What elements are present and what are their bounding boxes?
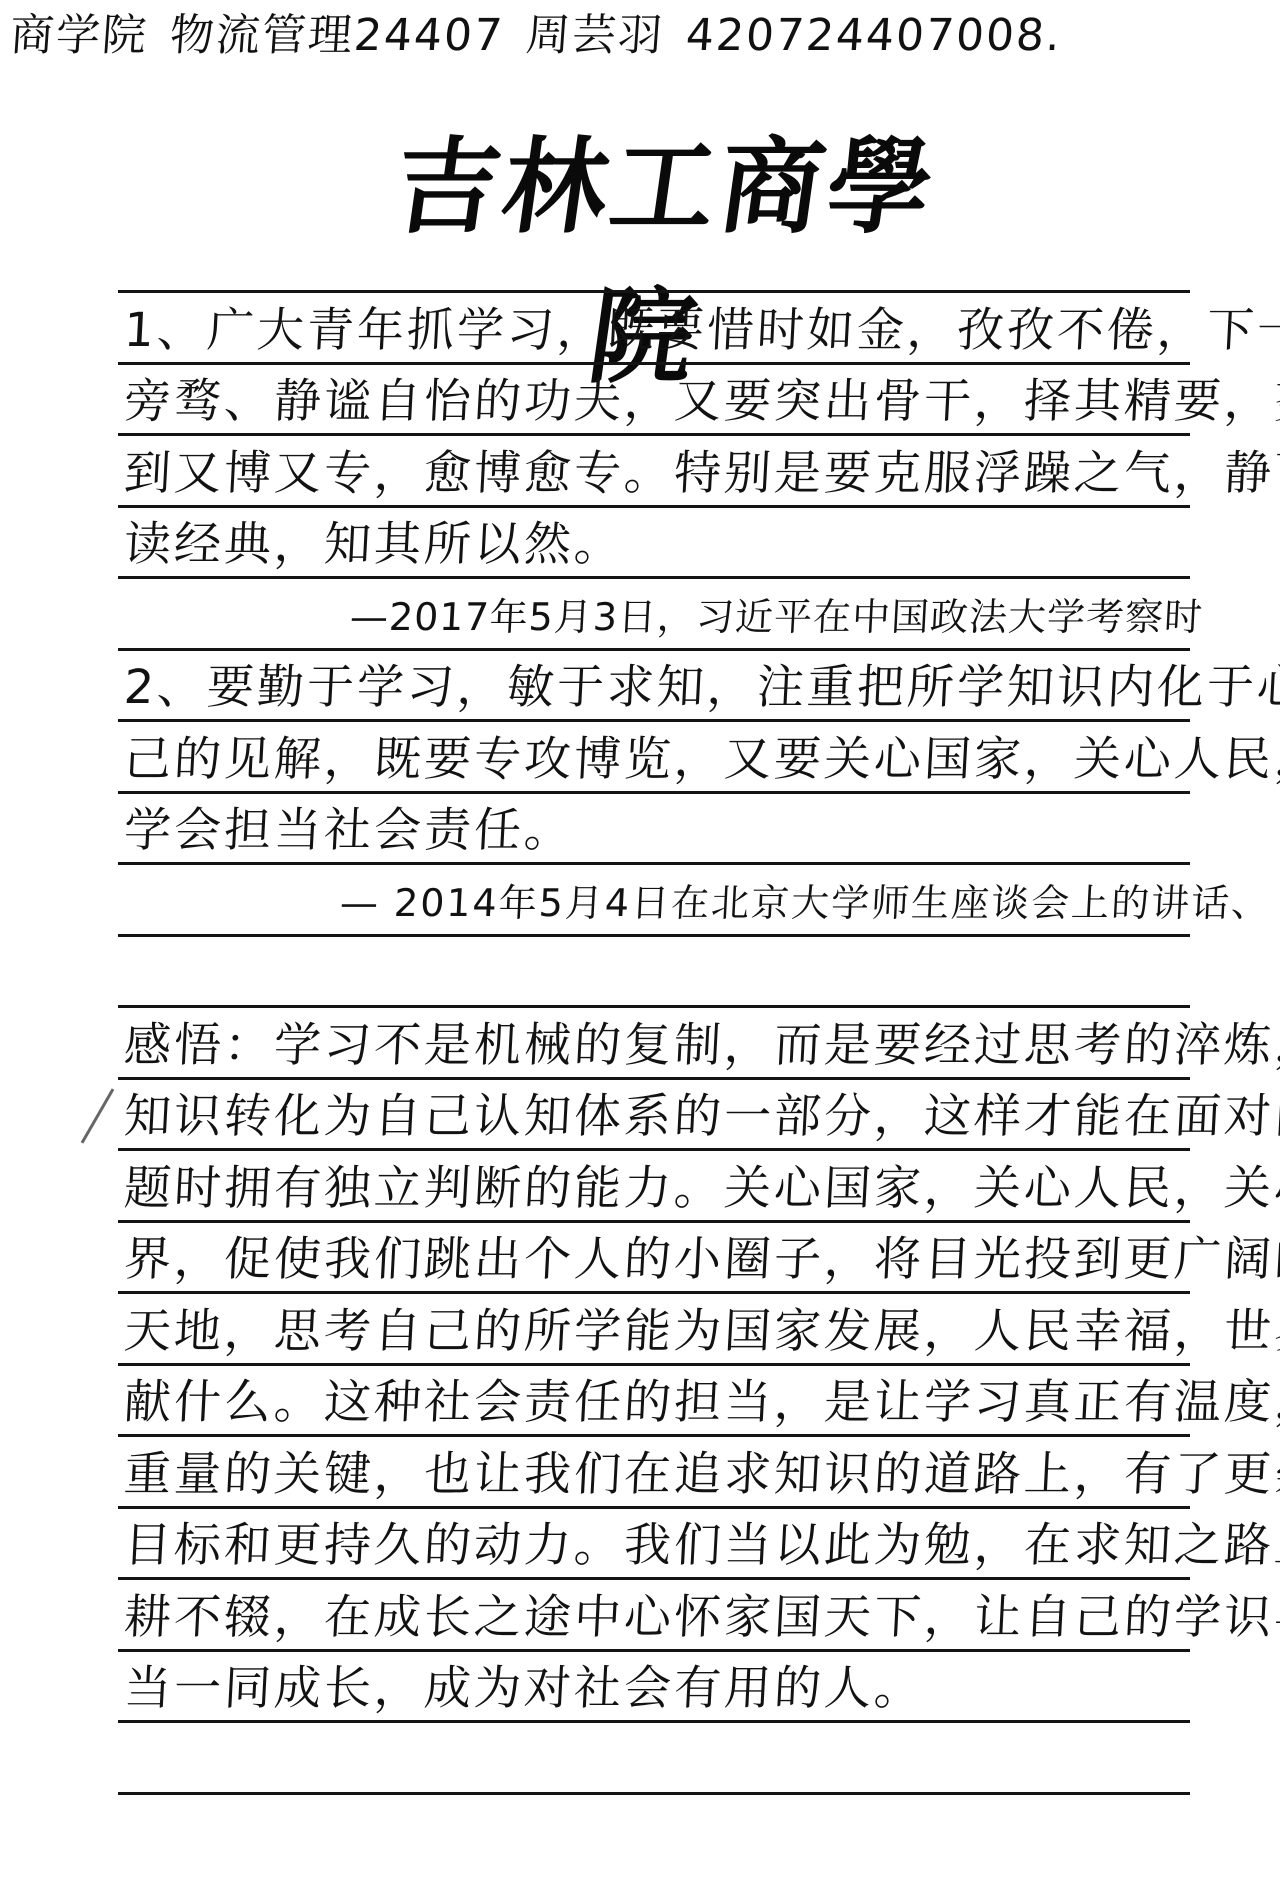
reflection-line: 界，促使我们跳出个人的小圈子，将目光投到更广阔的 xyxy=(122,1229,1191,1291)
ruled-line xyxy=(118,1792,1190,1795)
ruled-line xyxy=(118,1077,1190,1080)
lined-paper: 1、广大青年抓学习，既要惜时如金，孜孜不倦，下一番心无旁骛、静谧自怡的功夫，又要… xyxy=(118,0,1190,1884)
quote-line: 到又博又专，愈博愈专。特别是要克服浮躁之气，静下来多 xyxy=(122,443,1191,505)
ruled-line xyxy=(118,1649,1190,1652)
ruled-line xyxy=(118,1363,1190,1366)
quote-line xyxy=(122,943,1191,1005)
reflection-line: 目标和更持久的动力。我们当以此为勉，在求知之路上勤 xyxy=(122,1515,1191,1577)
ruled-line xyxy=(118,505,1190,508)
ruled-line xyxy=(118,934,1190,937)
reflection-line: 重量的关键，也让我们在追求知识的道路上，有了更崇高的 xyxy=(122,1444,1191,1506)
ruled-line xyxy=(118,1577,1190,1580)
quote-line: 读经典，知其所以然。 xyxy=(122,514,1191,576)
reflection-line: 题时拥有独立判断的能力。关心国家，关心人民，关心世 xyxy=(122,1158,1191,1220)
ruled-line xyxy=(118,648,1190,651)
ruled-line xyxy=(118,362,1190,365)
ruled-line xyxy=(118,719,1190,722)
ruled-line xyxy=(118,791,1190,794)
reflection-line: 天地，思考自己的所学能为国家发展，人民幸福，世界进步贡 xyxy=(122,1301,1191,1363)
quote-attribution: — 2014年5月4日在北京大学师生座谈会上的讲话、 xyxy=(338,872,1280,934)
quote-line: 旁骛、静谧自怡的功夫，又要突出骨干，择其精要，努力做 xyxy=(122,371,1191,433)
ruled-line xyxy=(118,1434,1190,1437)
quote-line: 学会担当社会责任。 xyxy=(122,800,1191,862)
ruled-line xyxy=(118,862,1190,865)
reflection-line xyxy=(122,1730,1191,1792)
quote-attribution: —2017年5月3日，习近平在中国政法大学考察时 xyxy=(348,586,1280,648)
ruled-line xyxy=(118,1220,1190,1223)
reflection-line: 献什么。这种社会责任的担当，是让学习真正有温度，有 xyxy=(122,1372,1191,1434)
reflection-line: 感悟：学习不是机械的复制，而是要经过思考的淬炼，将 xyxy=(122,1015,1191,1077)
ruled-line xyxy=(118,1148,1190,1151)
reflection-line: 知识转化为自己认知体系的一部分，这样才能在面对问 xyxy=(122,1086,1191,1148)
ruled-line xyxy=(118,1005,1190,1008)
ruled-line xyxy=(118,1506,1190,1509)
reflection-line: 耕不辍，在成长之途中心怀家国天下，让自己的学识与担 xyxy=(122,1587,1191,1649)
quote-line: 2、要勤于学习，敏于求知，注重把所学知识内化于心，形成自 xyxy=(122,657,1191,719)
quote-line xyxy=(122,228,1191,290)
ruled-line xyxy=(118,576,1190,579)
ruled-line xyxy=(118,1720,1190,1723)
quote-line: 1、广大青年抓学习，既要惜时如金，孜孜不倦，下一番心无 xyxy=(122,300,1191,362)
ruled-line xyxy=(118,290,1190,293)
stray-pen-mark xyxy=(81,1088,115,1143)
ruled-line xyxy=(118,1291,1190,1294)
quote-line: 己的见解，既要专攻博览，又要关心国家，关心人民，关心世界， xyxy=(122,729,1191,791)
reflection-line: 当一同成长，成为对社会有用的人。 xyxy=(122,1658,1191,1720)
ruled-line xyxy=(118,433,1190,436)
